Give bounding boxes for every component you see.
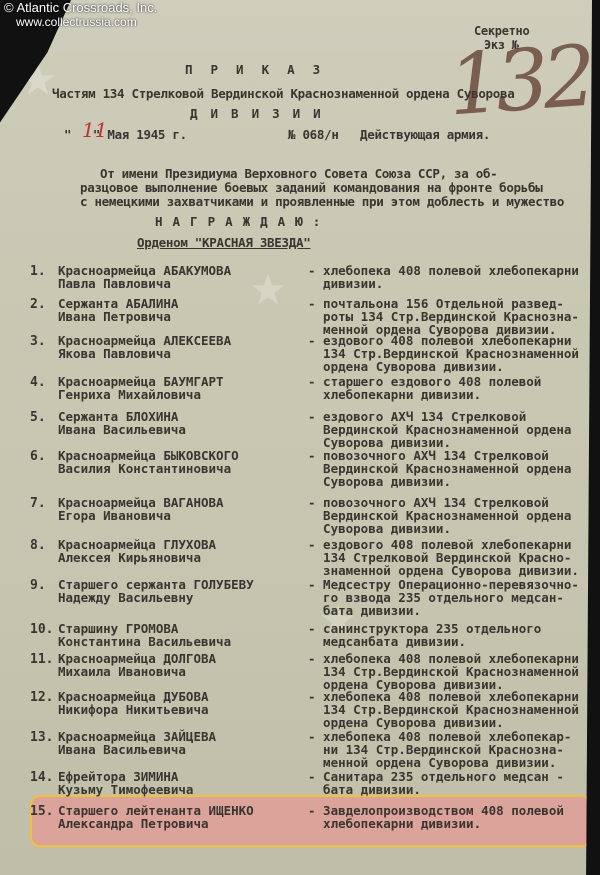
order-location: Действующая армия. — [360, 127, 490, 142]
awardee-position: - ездового 408 полевой хлебопекарни 134 … — [308, 538, 579, 577]
order-name: Орденом "КРАСНАЯ ЗВЕЗДА" — [137, 235, 310, 250]
entry-number: 7. — [30, 496, 46, 511]
entry-number: 11. — [30, 652, 53, 667]
watermark-star-icon: ★ — [250, 250, 286, 320]
awardee-position: - повозочного АХЧ 134 Стрелковой Вердинс… — [308, 496, 571, 535]
awardee-position: - санинструктора 235 отдельного медсанба… — [308, 622, 541, 648]
awardee-name: Красноармейца БЫКОВСКОГО Василия Констан… — [58, 449, 239, 475]
awardee-name: Старшего лейтенанта ИЩЕНКО Александра Пе… — [58, 804, 254, 830]
awardee-name: Красноармейца ДУБОВА Никифора Никитьевич… — [58, 690, 209, 716]
document-subtitle: Частям 134 Стрелковой Вердинской Красноз… — [52, 86, 514, 101]
awardee-position: - хлебопека 408 полевой хлебопекарни див… — [308, 264, 579, 290]
awardee-name: Красноармейца АБАКУМОВА Павла Павловича — [58, 264, 231, 290]
awardee-position: - хлебопека 408 полевой хлебопекарни 134… — [308, 652, 579, 691]
awardee-name: Красноармейца ВАГАНОВА Егора Ивановича — [58, 496, 224, 522]
entry-number: 15. — [30, 804, 53, 819]
awardee-position: - почтальона 156 Отдельной развед- роты … — [308, 297, 579, 336]
awardee-position: - хлебопека 408 полевой хлебопекарни 134… — [308, 690, 579, 729]
copyright-text: © Atlantic Crossroads, Inc. — [4, 1, 157, 15]
entry-number: 14. — [30, 770, 53, 785]
awardee-position: - Медсестру Операционно-перевязочно- го … — [308, 578, 579, 617]
division-heading: ДИВИЗИИ — [190, 106, 334, 121]
copyright-url: www.collectrussia.com — [4, 15, 157, 29]
awardee-name: Старшину ГРОМОВА Константина Васильевича — [58, 622, 231, 648]
watermark-star-icon: ★ — [20, 40, 56, 110]
awardee-position: - ездового АХЧ 134 Стрелковой Вердинской… — [308, 410, 571, 449]
awardee-name: Старшего сержанта ГОЛУБЕВУ Надежду Васил… — [58, 578, 254, 604]
copyright-watermark: © Atlantic Crossroads, Inc. www.collectr… — [4, 1, 157, 29]
awardee-position: - ездового 408 полевой хлебопекарни 134 … — [308, 334, 579, 373]
entry-number: 10. — [30, 622, 53, 637]
awardee-name: Красноармейца АЛЕКСЕЕВА Якова Павловича — [58, 334, 231, 360]
entry-number: 5. — [30, 410, 46, 425]
preamble-text: разцовое выполнение боевых заданий коман… — [80, 181, 564, 209]
preamble-first-line: От имени Президиума Верховного Совета Со… — [100, 167, 497, 181]
document-title: ПРИКАЗ — [185, 62, 338, 77]
awardee-position: - старшего ездового 408 полевой хлебопек… — [308, 375, 541, 401]
awardee-position: - хлебопека 408 полевой хлебопекар- ни 1… — [308, 730, 571, 769]
entry-number: 2. — [30, 297, 46, 312]
awardee-name: Красноармейца ДОЛГОВА Михаила Ивановича — [58, 652, 216, 678]
entry-number: 3. — [30, 334, 46, 349]
awardee-name: Сержанта АБАЛИНА Ивана Петровича — [58, 297, 178, 323]
awardee-position: - повозочного АХЧ 134 Стрелковой Вердинс… — [308, 449, 571, 488]
handwritten-number: 1321 — [445, 24, 600, 135]
entry-number: 13. — [30, 730, 53, 745]
entry-number: 12. — [30, 690, 53, 705]
awardee-name: Красноармейца ЗАЙЦЕВА Ивана Васильевича — [58, 730, 216, 756]
awardee-position: - Санитара 235 отдельного медсан - бата … — [308, 770, 564, 796]
entry-number: 8. — [30, 538, 46, 553]
entry-number: 6. — [30, 449, 46, 464]
order-number: № 068/н — [288, 127, 339, 142]
entry-number: 9. — [30, 578, 46, 593]
award-heading: НАГРАЖДАЮ: — [155, 214, 330, 229]
awardee-name: Сержанта БЛОХИНА Ивана Васильевича — [58, 410, 186, 436]
entry-number: 1. — [30, 264, 46, 279]
awardee-name: Красноармейца БАУМГАРТ Генриха Михайлови… — [58, 375, 224, 401]
awardee-position: - Завделопроизводством 408 полевой хлебо… — [308, 804, 564, 830]
awardee-name: Ефрейтора ЗИМИНА Кузьму Тимофеевича — [58, 770, 193, 796]
handwritten-day: 11 — [82, 118, 107, 142]
entry-number: 4. — [30, 375, 46, 390]
awardee-name: Красноармейца ГЛУХОВА Алексея Кирьянович… — [58, 538, 216, 564]
document-page: ★ ★ ★ Секретно Экз № 1321 ПРИКАЗ Частям … — [0, 0, 592, 875]
